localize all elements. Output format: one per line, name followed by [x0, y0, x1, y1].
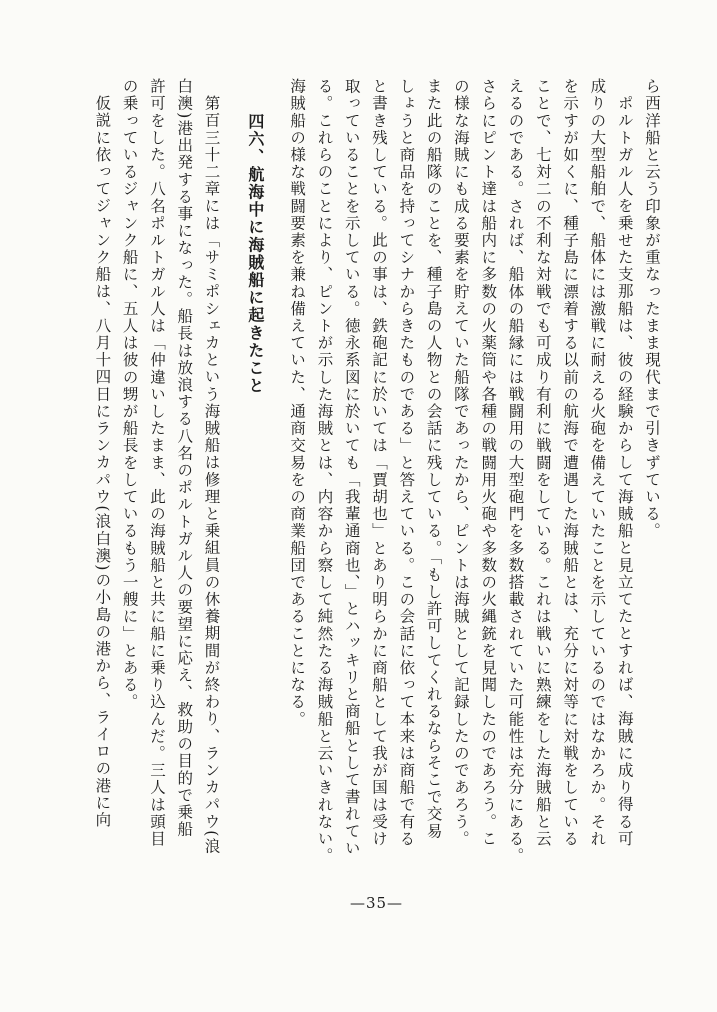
page-number: —35—: [18, 894, 717, 912]
text-column: 白澳)港出発する事になった。船長は放浪する八名のポルトガル人の要望に応え、救助の…: [170, 78, 197, 874]
text-column: えるのである。されば、船体の船縁には戦闘用の大型砲門を多数搭載されていた可能性は…: [501, 78, 528, 874]
text-column: 許可をした。八名ポルトガル人は「仲違いしたまま、此の海賊船と共に船に乗り込んだ。…: [143, 78, 170, 874]
text-column: ポルトガル人を乗せた支那船は、彼の経験からして海賊船と見立てたとすれば、海賊に成…: [610, 78, 637, 874]
text-column: ら西洋船と云う印象が重なったまま現代まで引きずている。: [638, 78, 665, 874]
text-column: 成りの大型船舶で、船体には激戦に耐える火砲を備えていたことを示しているのではなか…: [583, 78, 610, 874]
text-block: ら西洋船と云う印象が重なったまま現代まで引きずている。ポルトガル人を乗せた支那船…: [88, 78, 665, 874]
text-column: しょうと商品を持ってシナからきたものである」と答えている。この会話に依って本来は…: [392, 78, 419, 874]
section-heading: 四六、航海中に海賊船に起きたこと: [242, 78, 269, 874]
text-column: 取っていることを示している。徳永系図に於いても「我輩通商也、」とハッキリと商船と…: [337, 78, 364, 874]
text-column: 仮説に依ってジャンク船は、八月十四日にランカパウ(浪白澳)の小島の港から、ライロ…: [88, 78, 115, 874]
text-column: の様な海賊にも成る要素を貯えていた船隊であったから、ピントは海賊として記録したの…: [447, 78, 474, 874]
text-column: る。これらのことにより、ピントが示した海賊とは、内容から察して純然たる海賊船と云…: [310, 78, 337, 874]
text-column: と書き残している。此の事は、鉄砲記に於いては「賈胡也」とあり明らかに商船として我…: [365, 78, 392, 874]
text-column: を示すが如くに、種子島に漂着する以前の航海で遭遇した海賊船とは、充分に対等に対戦…: [556, 78, 583, 874]
text-column: また此の船隊のことを、種子島の人物との会話に残している。「もし許可してくれるなら…: [419, 78, 446, 874]
text-column: 海賊船の様な戦闘要素を兼ね備えていた、通商交易をの商業船団であることになる。: [283, 78, 310, 874]
text-column: さらにピント達は船内に多数の火薬筒や各種の戦闘用火砲や多数の火縄銃を見聞したので…: [474, 78, 501, 874]
text-column: の乗っているジャンク船に、五人は彼の甥が船長をしているもう一艘に」とある。: [115, 78, 142, 874]
scanned-page: ら西洋船と云う印象が重なったまま現代まで引きずている。ポルトガル人を乗せた支那船…: [0, 0, 717, 1012]
text-column: 第百三十二章には「サミポシェカという海賊船は修理と乗組員の休養期間が終わり、ラン…: [197, 78, 224, 874]
text-column: ことで、七対二の不利な対戦でも可成り有利に戦闘をしている。これは戦いに熟練をした…: [529, 78, 556, 874]
